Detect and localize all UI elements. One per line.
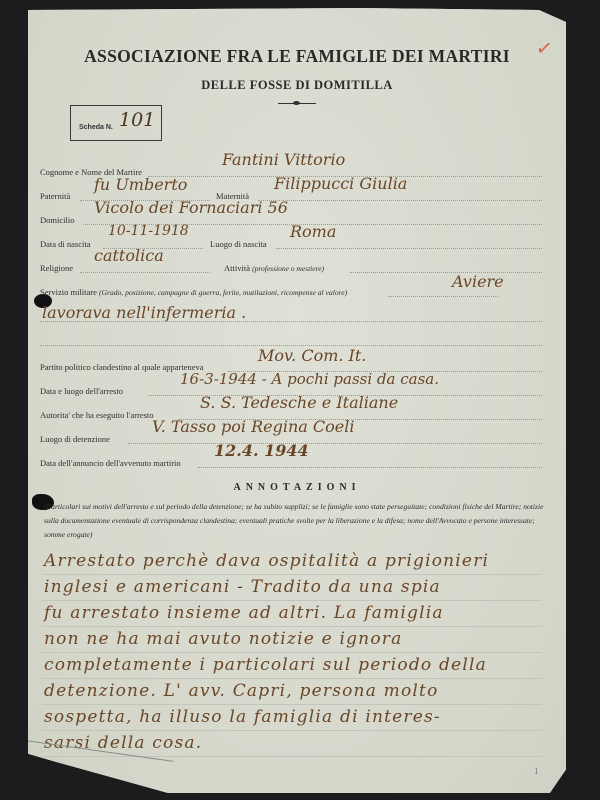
hint-servizio-militare: (Grado, posizione, campagne di guerra, f… [99, 288, 347, 297]
annotazioni-instructions: (Particolari sui motivi dell'arresto e s… [44, 500, 549, 542]
check-mark-icon: ✓ [534, 35, 554, 61]
ruled-line [42, 730, 542, 731]
value-domicilio: Vicolo dei Fornaciari 56 [94, 198, 288, 217]
scheda-number: 101 [119, 109, 155, 131]
value-maternita: Filippucci Giulia [274, 174, 407, 193]
label-detenzione: Luogo di detenzione [40, 434, 110, 444]
label-annuncio: Data dell'annuncio dell'avvenuto martiri… [40, 458, 181, 468]
label-autorita: Autorita' che ha eseguito l'arresto [40, 410, 154, 420]
rule-annuncio [198, 467, 542, 468]
rule-luogo-nascita [276, 248, 542, 249]
ruled-line [42, 678, 542, 679]
rule-attivita [350, 272, 542, 273]
hint-attivita: (professione o mestiere) [252, 264, 324, 273]
value-partito: Mov. Com. It. [258, 346, 366, 365]
annotation-line: completamente i particolari sul periodo … [44, 655, 487, 675]
scheda-label: Scheda N. [79, 124, 113, 131]
value-arresto: 16-3-1944 - A pochi passi da casa. [180, 370, 439, 388]
label-luogo-nascita: Luogo di nascita [210, 239, 267, 249]
rule-religione [80, 272, 210, 273]
ruled-line [42, 652, 542, 653]
label-religione: Religione [40, 263, 73, 273]
ruled-line [42, 756, 542, 757]
value-servizio-militare-line2: lavorava nell'infermeria . [42, 303, 246, 322]
annotation-line: detenzione. L' avv. Capri, persona molto [44, 681, 439, 701]
ruled-line [42, 626, 542, 627]
organization-title: ASSOCIAZIONE FRA LE FAMIGLIE DEI MARTIRI [28, 46, 566, 67]
label-data-nascita: Data di nascita [40, 239, 91, 249]
label-attivita: Attività (professione o mestiere) [224, 263, 324, 273]
document-sheet: ASSOCIAZIONE FRA LE FAMIGLIE DEI MARTIRI… [28, 8, 566, 793]
annotation-line: sospetta, ha illuso la famiglia di inter… [44, 707, 441, 727]
rule-maternita [258, 200, 542, 201]
page-number: 1 [534, 766, 539, 776]
rule-servizio-militare [388, 296, 498, 297]
value-data-nascita: 10-11-1918 [108, 223, 189, 239]
value-paternita: fu Umberto [94, 175, 187, 194]
value-luogo-nascita: Roma [290, 222, 336, 241]
value-autorita: S. S. Tedesche e Italiane [200, 393, 398, 412]
value-religione: cattolica [94, 246, 164, 265]
annotation-line: fu arrestato insieme ad altri. La famigl… [44, 603, 444, 623]
scheda-box: Scheda N. 101 [70, 105, 162, 141]
label-servizio-militare: Servizio militare (Grado, posizione, cam… [40, 287, 347, 297]
label-arresto: Data e luogo dell'arresto [40, 386, 123, 396]
annotation-line: inglesi e americani - Tradito da una spi… [44, 577, 441, 597]
annotation-line: non ne ha mai avuto notizie e ignora [44, 629, 402, 649]
annotation-line: Arrestato perchè dava ospitalità a prigi… [44, 551, 489, 571]
ruled-line [42, 574, 542, 575]
value-detenzione: V. Tasso poi Regina Coeli [152, 417, 355, 436]
value-annuncio: 12.4. 1944 [214, 441, 309, 460]
rule-detenzione [128, 443, 542, 444]
label-domicilio: Domicilio [40, 215, 74, 225]
organization-subtitle: DELLE FOSSE DI DOMITILLA [28, 78, 566, 93]
ruled-line [42, 600, 542, 601]
value-servizio-militare: Aviere [452, 272, 504, 291]
annotazioni-title: ANNOTAZIONI [28, 482, 566, 493]
label-paternita: Paternità [40, 191, 70, 201]
value-cognome-nome: Fantini Vittorio [222, 150, 345, 169]
ruled-line [42, 704, 542, 705]
annotation-line: sarsi della cosa. [44, 733, 202, 753]
title-ornament-dot [293, 101, 300, 105]
